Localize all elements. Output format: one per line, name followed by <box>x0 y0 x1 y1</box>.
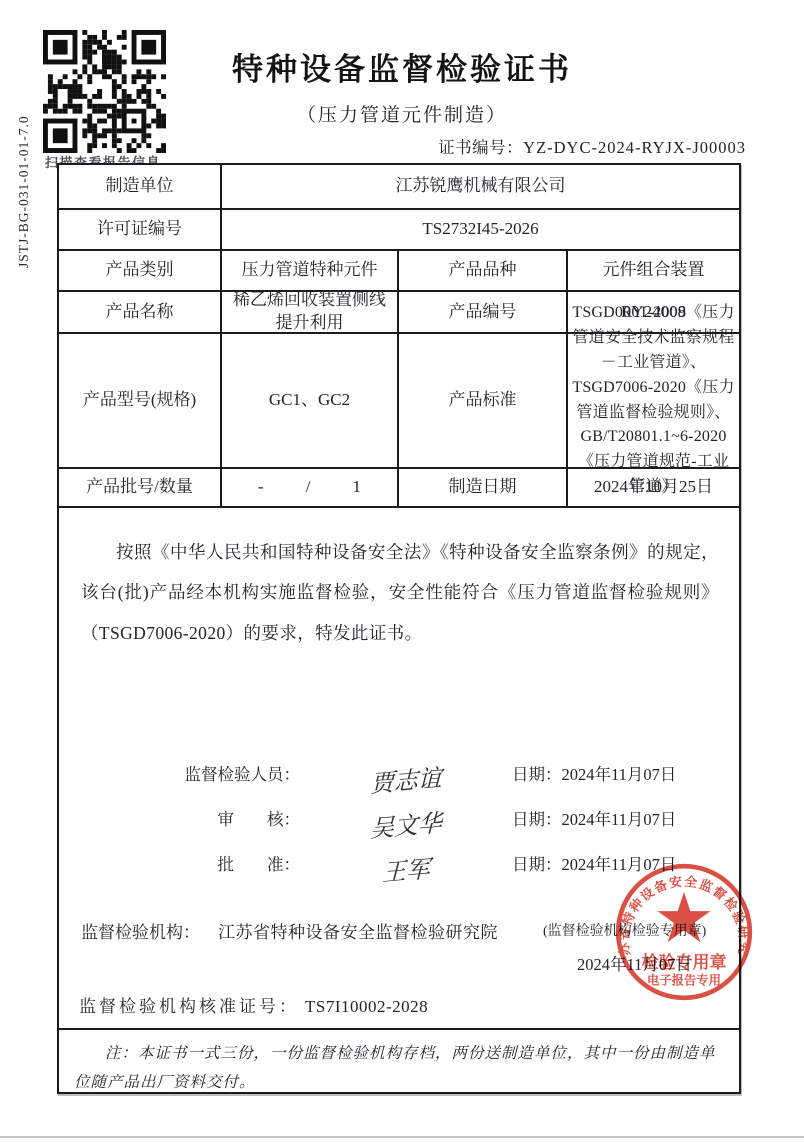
approver-label: 批 准： <box>99 851 300 875</box>
product-number-label: 产品编号 <box>399 292 568 334</box>
organization-approval-number: TS7I10002-2028 <box>305 997 428 1016</box>
batch-quantity-value: - / 1 <box>222 469 399 508</box>
approver-date-label: 日期： <box>512 855 562 874</box>
product-model-value: GC1、GC2 <box>222 334 399 469</box>
reviewer-label: 审 核： <box>99 806 300 830</box>
approver-date-value: 2024年11月07日 <box>562 855 677 874</box>
product-variety-label: 产品品种 <box>399 251 568 292</box>
reviewer-date-label: 日期： <box>512 810 562 829</box>
manufacture-date-value: 2024年10月25日 <box>568 469 739 508</box>
note-text: 注：本证书一式三份，一份监督检验机构存档，两份送制造单位，其中一份由制造单位随产… <box>59 1030 739 1098</box>
quantity-value: 1 <box>352 476 361 499</box>
page-subtitle: （压力管道元件制造） <box>0 100 804 127</box>
inspector-date-label: 日期： <box>512 765 562 784</box>
reviewer-date: 日期：2024年11月07日 <box>512 806 676 830</box>
product-name-value: 稀乙烯回收装置侧线提升利用 <box>222 292 399 334</box>
certificate-number: 证书编号：YZ-DYC-2024-RYJX-J00003 <box>438 134 746 158</box>
product-model-label: 产品型号(规格) <box>59 334 222 469</box>
approver-date: 日期：2024年11月07日 <box>512 851 676 875</box>
inspection-organization-row: 监督检验机构：江苏省特种设备安全监督检验研究院 <box>81 918 498 943</box>
reviewer-signature: 吴文华 <box>341 800 471 847</box>
license-number-label: 许可证编号 <box>59 210 222 251</box>
scan-edge-line <box>0 1136 804 1138</box>
certificate-number-value: YZ-DYC-2024-RYJX-J00003 <box>523 138 746 157</box>
certification-section: 按照《中华人民共和国特种设备安全法》《特种设备安全监察条例》的规定，该台(批)产… <box>59 508 739 1030</box>
inspector-date: 日期：2024年11月07日 <box>512 761 676 785</box>
certification-statement: 按照《中华人民共和国特种设备安全法》《特种设备安全监察条例》的规定，该台(批)产… <box>59 508 739 653</box>
product-variety-value: 元件组合装置 <box>568 251 739 292</box>
manufacturer-value: 江苏锐鹰机械有限公司 <box>222 165 739 210</box>
page-title: 特种设备监督检验证书 <box>0 44 804 89</box>
product-name-label: 产品名称 <box>59 292 222 334</box>
batch-value: - <box>258 476 264 499</box>
inspection-organization-name: 江苏省特种设备安全监督检验研究院 <box>218 923 498 942</box>
license-number-value: TS2732I45-2026 <box>222 210 739 251</box>
inspector-label: 监督检验人员： <box>99 761 300 785</box>
inspector-date-value: 2024年11月07日 <box>562 765 677 784</box>
approver-signature: 王军 <box>341 845 471 892</box>
stamp-date: 2024年11月07日 <box>577 951 692 975</box>
manufacturer-label: 制造单位 <box>59 165 222 210</box>
product-category-value: 压力管道特种元件 <box>222 251 399 292</box>
product-standard-value: TSGD0001-2009《压力管道安全技术监察规程－工业管道》、TSGD700… <box>568 334 739 469</box>
organization-approval-row: 监督检验机构核准证号：TS7I10002-2028 <box>79 992 428 1017</box>
stamp-note: (监督检验机构检验专用章) <box>543 920 706 940</box>
inspection-organization-label: 监督检验机构： <box>81 923 200 942</box>
batch-quantity-label: 产品批号/数量 <box>59 469 222 508</box>
certificate-table: 制造单位 江苏锐鹰机械有限公司 许可证编号 TS2732I45-2026 产品类… <box>57 163 741 1094</box>
manufacture-date-label: 制造日期 <box>399 469 568 508</box>
batch-separator: / <box>306 476 311 499</box>
reviewer-date-value: 2024年11月07日 <box>562 810 677 829</box>
inspector-signature: 贾志谊 <box>341 755 471 802</box>
organization-approval-label: 监督检验机构核准证号： <box>79 997 299 1016</box>
note-section: 注：本证书一式三份，一份监督检验机构存档，两份送制造单位，其中一份由制造单位随产… <box>59 1030 739 1092</box>
document-code-vertical: JSTJ-BG-031-01-01-7.0 <box>16 115 32 268</box>
product-category-label: 产品类别 <box>59 251 222 292</box>
product-standard-label: 产品标准 <box>399 334 568 469</box>
certificate-number-label: 证书编号： <box>438 138 523 157</box>
